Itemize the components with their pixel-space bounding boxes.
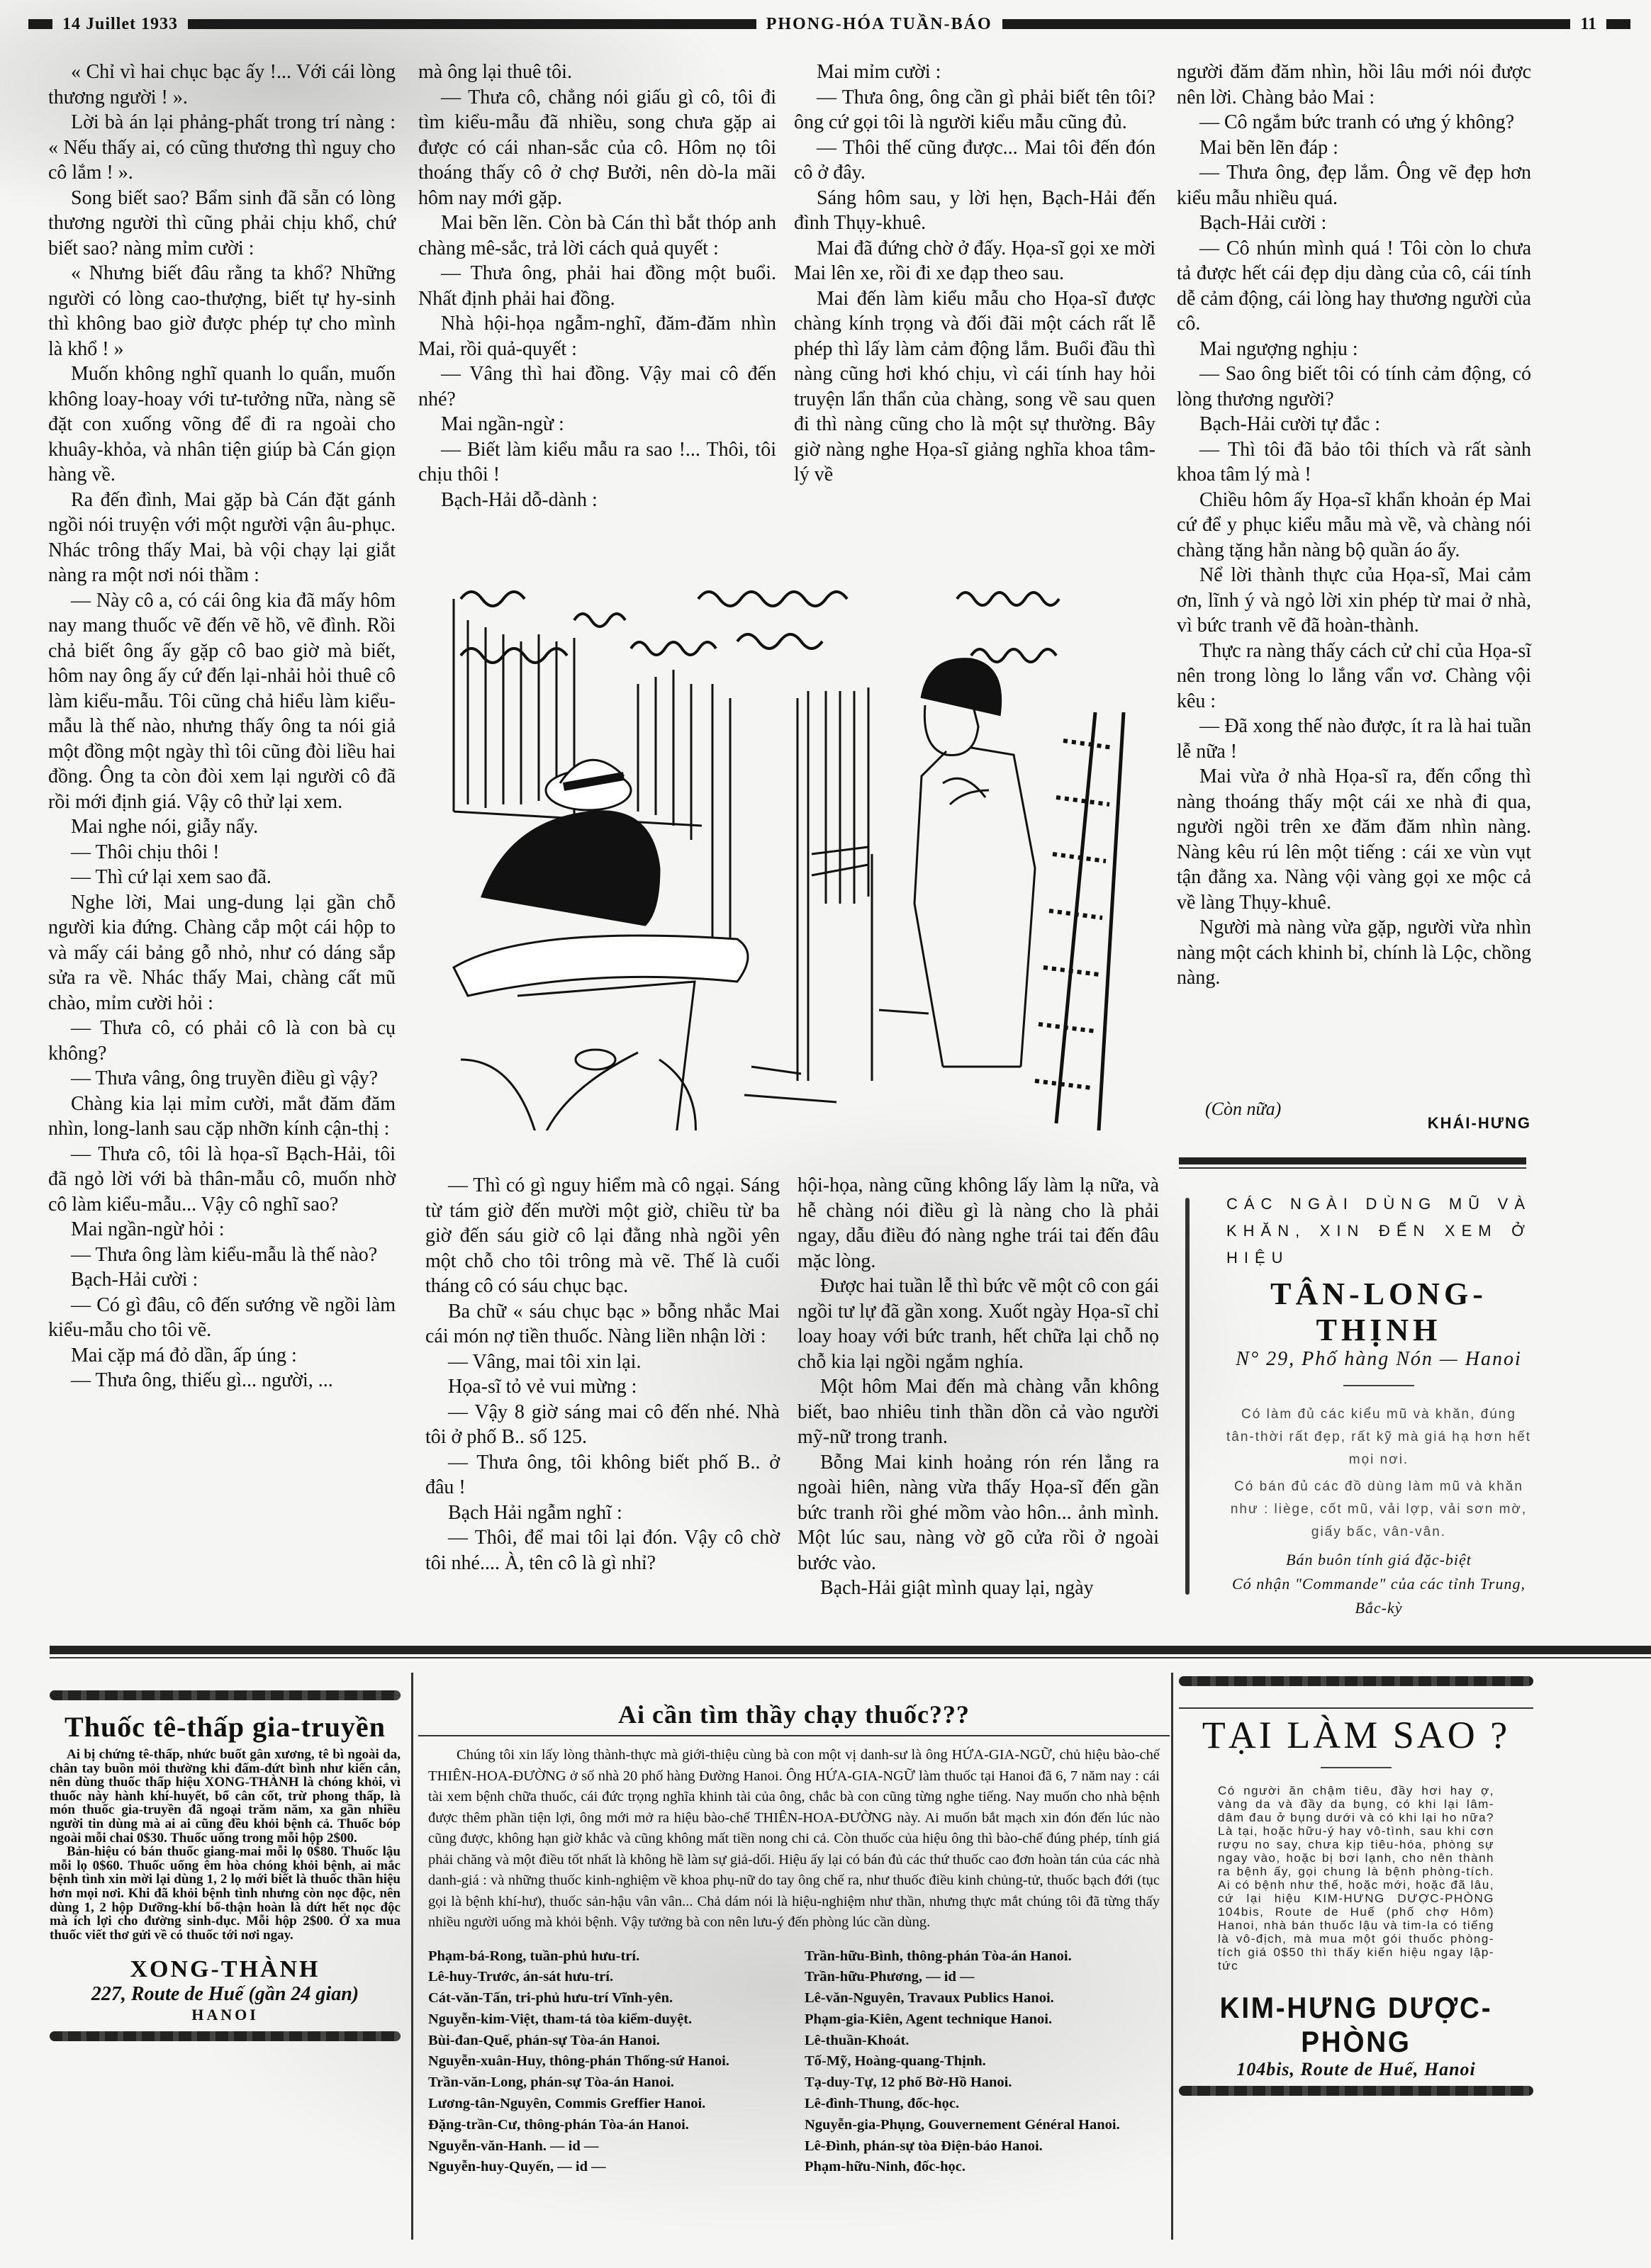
- paragraph: Chàng kia lại mỉm cười, mắt đăm đăm nhìn…: [48, 1091, 396, 1142]
- advertisement-xong-thanh: Thuốc tê-thấp gia-truyền Ai bị chứng tê-…: [50, 1690, 401, 2041]
- paragraph: — Này cô a, có cái ông kia đã mấy hôm na…: [48, 588, 396, 815]
- paragraph: Được hai tuần lễ thì bức vẽ một cô con g…: [797, 1274, 1159, 1374]
- ad-brand: XONG-THÀNH: [50, 1956, 401, 1983]
- paragraph: « Nhưng biết đâu rằng ta khổ? Những ngườ…: [48, 261, 396, 361]
- ad-brand: KIM-HƯNG DƯỢC-PHÒNG: [1193, 1991, 1519, 2059]
- testimonial-name: Lê-văn-Nguyên, Travaux Publics Hanoi.: [805, 1988, 1160, 2009]
- testimonial-name: Lương-tân-Nguyên, Commis Greffier Hanoi.: [428, 2094, 783, 2115]
- paragraph: — Thưa ông, ông cần gì phải biết tên tôi…: [794, 85, 1155, 135]
- testimonial-column-right: Trần-hữu-Bình, thông-phán Tòa-án Hanoi. …: [805, 1946, 1160, 2179]
- paragraph: Bản-hiệu có bán thuốc giang-mai mỗi lọ 0…: [50, 1845, 401, 1942]
- paragraph: Muốn không nghĩ quanh lo quẩn, muốn khôn…: [48, 361, 396, 488]
- paragraph: Họa-sĩ tỏ vẻ vui mừng :: [425, 1374, 780, 1400]
- paragraph: — Thôi thế cũng được... Mai tôi đến đón …: [794, 135, 1155, 186]
- continued-note: (Còn nữa): [1205, 1099, 1281, 1119]
- story-column-3-top: Mai mỉm cười : — Thưa ông, ông cần gì ph…: [794, 60, 1155, 488]
- paragraph: Mai vừa ở nhà Họa-sĩ ra, đến cổng thì nà…: [1177, 764, 1531, 915]
- testimonial-name: Bùi-đan-Quế, phán-sự Tòa-án Hanoi.: [428, 2031, 783, 2052]
- woman-figure: [914, 659, 1035, 1067]
- paragraph: — Thôi, để mai tôi lại đón. Vậy cô chờ t…: [425, 1525, 780, 1576]
- paragraph: Người mà nàng vừa gặp, người vừa nhìn nà…: [1177, 915, 1531, 991]
- paragraph: Mai mỉm cười :: [794, 60, 1155, 85]
- paragraph: Mai nghe nói, giẫy nẩy.: [48, 814, 396, 840]
- paragraph: hội-họa, nàng cũng không lấy làm lạ nữa,…: [797, 1173, 1159, 1274]
- testimonial-name: Đặng-trần-Cư, thông-phán Tòa-án Hanoi.: [428, 2115, 783, 2136]
- paragraph: — Thưa cô, tôi là họa-sĩ Bạch-Hải, tôi đ…: [48, 1142, 396, 1218]
- divider: [1343, 1385, 1414, 1386]
- advertisement-tan-long-thinh: CÁC NGÀI DÙNG MŨ VÀ KHĂN, XIN ĐẾN XEM Ở …: [1226, 1191, 1531, 1620]
- paragraph: — Cô nhún mình quá ! Tôi còn lo chưa tả …: [1177, 236, 1531, 337]
- story-column-1: « Chỉ vì hai chục bạc ấy !... Với cái lò…: [48, 60, 396, 1393]
- paragraph: — Thưa ông, thiếu gì... người, ...: [48, 1368, 396, 1393]
- testimonial-name: Lê-Đình, phán-sự tòa Điện-báo Hanoi.: [805, 2136, 1160, 2157]
- paragraph: Ba chữ « sáu chục bạc » bỗng nhắc Mai cá…: [425, 1299, 780, 1349]
- ad-body: Có người ăn chậm tiêu, đầy hơi hay ợ, và…: [1179, 1784, 1533, 1972]
- testimonial-name: Trần-hữu-Bình, thông-phán Tòa-án Hanoi.: [805, 1946, 1160, 1967]
- gate: [797, 687, 929, 1081]
- paragraph: Bạch-Hải cười tự đắc :: [1177, 412, 1531, 437]
- testimonial-name: Tố-Mỹ, Hoàng-quang-Thịnh.: [805, 2051, 1160, 2072]
- paragraph: Mai đến làm kiểu mẫu cho Họa-sĩ được chà…: [794, 286, 1155, 488]
- story-column-4: người đăm đăm nhìn, hồi lâu mới nói được…: [1177, 60, 1531, 991]
- testimonial-column-left: Phạm-bá-Rong, tuần-phủ hưu-trí. Lê-huy-T…: [428, 1946, 783, 2179]
- ad-border-rule: [1179, 1167, 1526, 1169]
- author-name: KHÁI-HƯNG: [1428, 1114, 1531, 1133]
- masthead-rule: [1002, 19, 1571, 29]
- paragraph: — Cô ngắm bức tranh có ưng ý không?: [1177, 110, 1531, 135]
- divider: [418, 1735, 1170, 1736]
- paragraph: Nhà hội-họa ngẫm-nghĩ, đăm-đăm nhìn Mai,…: [418, 311, 776, 361]
- paragraph: — Thì cứ lại xem sao đã.: [48, 865, 396, 890]
- ad-address: 104bis, Route de Huế, Hanoi: [1179, 2059, 1533, 2080]
- paragraph: Mai bẽn lẽn đáp :: [1177, 135, 1531, 161]
- ad-title: TẠI LÀM SAO ?: [1179, 1707, 1533, 1757]
- paragraph: Lời bà án lại phảng-phất trong trí nàng …: [48, 110, 396, 186]
- ad-address: 227, Route de Huế (gần 24 gian): [50, 1983, 401, 2006]
- section-divider: [50, 1657, 1651, 1658]
- divider: [1321, 1767, 1392, 1768]
- story-signature: (Còn nữa) KHÁI-HƯNG: [1177, 1099, 1531, 1120]
- testimonial-name: Nguyễn-huy-Quyến, — id —: [428, 2157, 783, 2178]
- paragraph: — Thưa cô, chẳng nói giấu gì cô, tôi đi …: [418, 85, 776, 211]
- ad-commande: Có nhận "Commande" của các tỉnh Trung, B…: [1226, 1572, 1531, 1620]
- masthead-rule: [188, 19, 756, 29]
- ad-address: N° 29, Phố hàng Nón — Hanoi: [1226, 1348, 1531, 1371]
- paragraph: Mai bẽn lẽn. Còn bà Cán thì bắt thóp anh…: [418, 210, 776, 261]
- paragraph: Ra đến đình, Mai gặp bà Cán đặt gánh ngồ…: [48, 488, 396, 588]
- story-column-2-bottom: — Thì có gì nguy hiểm mà cô ngại. Sáng t…: [425, 1173, 780, 1576]
- ad-title: Ai cần tìm thầy chạy thuốc???: [418, 1700, 1170, 1729]
- paragraph: Mai đã đứng chờ ở đấy. Họa-sĩ gọi xe mời…: [794, 236, 1155, 286]
- ad-body: Ai bị chứng tê-thấp, nhức buốt gân xương…: [50, 1748, 401, 1942]
- paragraph: — Sao ông biết tôi có tính cảm động, có …: [1177, 361, 1531, 412]
- ad-wholesale: Bán buôn tính giá đặc-biệt: [1226, 1548, 1531, 1572]
- paragraph: Nghe lời, Mai ung-dung lại gần chỗ người…: [48, 890, 396, 1016]
- column-divider: [411, 1673, 413, 2240]
- paragraph: Sáng hôm sau, y lời hẹn, Bạch-Hải đến đì…: [794, 186, 1155, 236]
- paragraph: — Thưa vâng, ông truyền điều gì vậy?: [48, 1066, 396, 1091]
- paragraph: — Thưa ông, đẹp lắm. Ông vẽ đẹp hơn kiểu…: [1177, 160, 1531, 210]
- masthead: 14 Juillet 1933 PHONG-HÓA TUẦN-BÁO 11: [28, 10, 1630, 38]
- column-divider: [1171, 1673, 1173, 2240]
- testimonial-name: Nguyễn-kim-Việt, tham-tá tòa kiểm-duyệt.: [428, 2009, 783, 2031]
- paragraph: Mai cặp má đỏ dần, ấp úng :: [48, 1343, 396, 1369]
- story-illustration: [432, 571, 1170, 1130]
- paragraph: Một hôm Mai đến mà chàng vẫn không biết,…: [797, 1374, 1159, 1450]
- paragraph: Thực ra nàng thấy cách cử chỉ của Họa-sĩ…: [1177, 639, 1531, 714]
- paragraph: — Biết làm kiểu mẫu ra sao !... Thôi, tô…: [418, 437, 776, 488]
- ad-border-wave: [50, 2031, 401, 2041]
- paragraph: Bạch-Hải dỗ-dành :: [418, 488, 776, 513]
- paragraph: — Có gì đâu, cô đến sướng về ngồi làm ki…: [48, 1293, 396, 1343]
- newspaper-title: PHONG-HÓA TUẦN-BÁO: [766, 15, 992, 34]
- paragraph: Mai ngần-ngừ :: [418, 412, 776, 437]
- masthead-rule: [28, 19, 52, 29]
- paragraph: Bạch Hải ngẫm nghĩ :: [425, 1500, 780, 1526]
- paragraph: « Chỉ vì hai chục bạc ấy !... Với cái lò…: [48, 60, 396, 110]
- ad-intro: CÁC NGÀI DÙNG MŨ VÀ KHĂN, XIN ĐẾN XEM Ở …: [1226, 1191, 1531, 1271]
- ad-border-wave: [1179, 2086, 1533, 2096]
- advertisement-thien-hoa-duong: Ai cần tìm thầy chạy thuốc??? Chúng tôi …: [418, 1687, 1170, 2178]
- paragraph: người đăm đăm nhìn, hồi lâu mới nói được…: [1177, 60, 1531, 110]
- ad-shop-name: TÂN-LONG-THỊNH: [1226, 1276, 1531, 1348]
- newspaper-page: 14 Juillet 1933 PHONG-HÓA TUẦN-BÁO 11 « …: [0, 0, 1651, 2268]
- masthead-rule: [1606, 19, 1630, 29]
- paragraph: Chiều hôm ấy Họa-sĩ khẩn khoản ép Mai cứ…: [1177, 488, 1531, 563]
- testimonial-list: Phạm-bá-Rong, tuần-phủ hưu-trí. Lê-huy-T…: [418, 1946, 1170, 2179]
- story-column-3-bottom: hội-họa, nàng cũng không lấy làm lạ nữa,…: [797, 1173, 1159, 1601]
- paragraph: — Thôi chịu thôi !: [48, 840, 396, 865]
- advertisement-kim-hung: TẠI LÀM SAO ? Có người ăn chậm tiêu, đầy…: [1179, 1676, 1533, 2096]
- paragraph: — Vâng thì hai đồng. Vậy mai cô đến nhé?: [418, 361, 776, 412]
- section-divider: [50, 1646, 1651, 1654]
- paragraph: — Thưa ông, tôi không biết phố B.. ở đâu…: [425, 1450, 780, 1500]
- testimonial-name: Nguyễn-gia-Phụng, Gouvernement Général H…: [805, 2115, 1160, 2136]
- testimonial-name: Tạ-duy-Tự, 12 phố Bờ-Hồ Hanoi.: [805, 2072, 1160, 2094]
- ad-body: Có bán đủ các đồ dùng làm mũ và khăn như…: [1226, 1476, 1531, 1544]
- ad-title: Thuốc tê-thấp gia-truyền: [50, 1710, 401, 1744]
- paragraph: — Vâng, mai tôi xin lại.: [425, 1349, 780, 1375]
- testimonial-name: Phạm-gia-Kiên, Agent technique Hanoi.: [805, 2009, 1160, 2031]
- paragraph: mà ông lại thuê tôi.: [418, 60, 776, 85]
- paragraph: — Thì có gì nguy hiểm mà cô ngại. Sáng t…: [425, 1173, 780, 1299]
- page-number: 11: [1580, 15, 1596, 34]
- ad-side-border: [1185, 1198, 1190, 1595]
- paragraph: — Thì tôi đã bảo tôi thích và rất sành k…: [1177, 437, 1531, 488]
- paragraph: Nể lời thành thực của Họa-sĩ, Mai cảm ơn…: [1177, 563, 1531, 639]
- testimonial-name: Nguyễn-xuân-Huy, thông-phán Thống-sứ Han…: [428, 2051, 783, 2072]
- illustration-drawing: [432, 571, 1170, 1130]
- testimonial-name: Lê-đình-Thung, đốc-học.: [805, 2094, 1160, 2115]
- paragraph: — Vậy 8 giờ sáng mai cô đến nhé. Nhà tôi…: [425, 1400, 780, 1450]
- ad-body: Có làm đủ các kiểu mũ và khăn, đúng tân-…: [1226, 1403, 1531, 1471]
- paragraph: Bạch-Hải giật mình quay lại, ngày: [797, 1576, 1159, 1601]
- story-column-2-top: mà ông lại thuê tôi. — Thưa cô, chẳng nó…: [418, 60, 776, 512]
- paragraph: Bỗng Mai kinh hoảng rón rén lẳng ra ngoà…: [797, 1450, 1159, 1576]
- paragraph: — Thưa ông, phải hai đồng một buổi. Nhất…: [418, 261, 776, 311]
- paragraph: — Thưa cô, có phải cô là con bà cụ không…: [48, 1016, 396, 1066]
- paragraph: Mai ngần-ngừ hỏi :: [48, 1217, 396, 1242]
- ad-body: Chúng tôi xin lấy lòng thành-thực mà giớ…: [418, 1745, 1170, 1933]
- testimonial-name: Nguyễn-văn-Hanh. — id —: [428, 2136, 783, 2157]
- paragraph: Mai ngượng nghịu :: [1177, 337, 1531, 362]
- paragraph: Bạch-Hải cười :: [48, 1267, 396, 1293]
- testimonial-name: Trần-văn-Long, phán-sự Tòa-án Hanoi.: [428, 2072, 783, 2094]
- testimonial-name: Lê-huy-Trước, án-sát hưu-trí.: [428, 1967, 783, 1988]
- man-in-rickshaw: [454, 760, 748, 1130]
- paragraph: — Thưa ông làm kiểu-mẫu là thế nào?: [48, 1242, 396, 1268]
- testimonial-name: Lê-thuần-Khoát.: [805, 2031, 1160, 2052]
- testimonial-name: Cát-văn-Tấn, tri-phủ hưu-trí Vĩnh-yên.: [428, 1988, 783, 2009]
- testimonial-name: Trần-hữu-Phương, — id —: [805, 1967, 1160, 1988]
- paragraph: Ai bị chứng tê-thấp, nhức buốt gân xương…: [50, 1748, 401, 1845]
- testimonial-name: Phạm-hữu-Ninh, đốc-học.: [805, 2157, 1160, 2178]
- ad-border-rule: [1179, 1157, 1526, 1164]
- ad-border-wave: [50, 1690, 401, 1700]
- paragraph: — Đã xong thế nào được, ít ra là hai tuầ…: [1177, 714, 1531, 764]
- ad-city: HANOI: [50, 2006, 401, 2024]
- testimonial-name: Phạm-bá-Rong, tuần-phủ hưu-trí.: [428, 1946, 783, 1967]
- ad-border-wave: [1179, 1676, 1533, 1686]
- paragraph: Bạch-Hải cười :: [1177, 210, 1531, 236]
- paragraph: Song biết sao? Bẩm sinh đã sẵn có lòng t…: [48, 186, 396, 262]
- issue-date: 14 Juillet 1933: [62, 15, 178, 34]
